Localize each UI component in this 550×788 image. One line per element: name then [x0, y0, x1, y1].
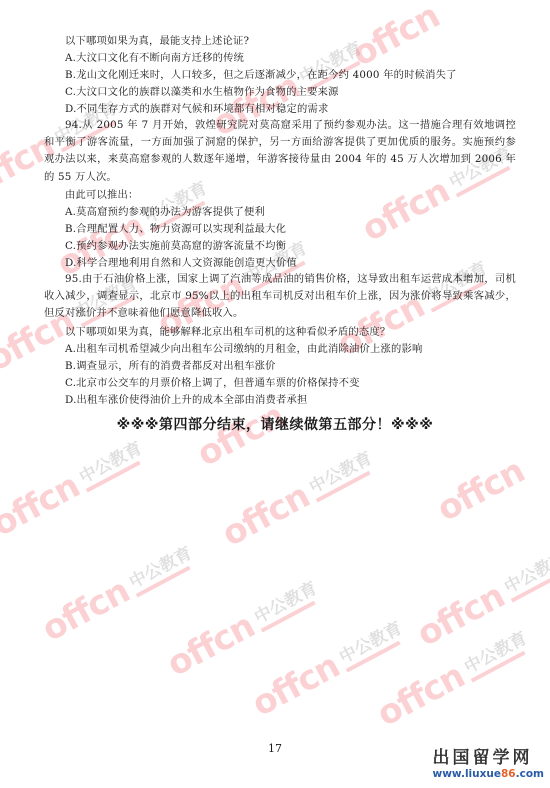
- option-a: A.大汶口文化有不断向南方迁移的传统: [65, 51, 244, 65]
- option-b: B.调查显示，所有的消费者都反对出租车涨价: [65, 359, 276, 373]
- document-page: 以下哪项如果为真，最能支持上述论证? A.大汶口文化有不断向南方迁移的传统 B.…: [0, 0, 550, 788]
- option-d: D.不同生存方式的族群对气候和环境都有相对稳定的需求: [65, 102, 329, 116]
- option-b: B.龙山文化刚迁来时，人口较多，但之后逐渐减少，在距今约 4000 年的时候消失…: [65, 68, 457, 82]
- option-d: D.出租车涨价使得油价上升的成本全部由消费者承担: [65, 393, 308, 407]
- site-logo-url: www.liuxue86.com: [433, 768, 544, 781]
- option-a: A.出租车司机希望减少向出租车公司缴纳的月租金，由此消除油价上涨的影响: [65, 342, 423, 356]
- option-c: C.大汶口文化的族群以藻类和水生植物作为食物的主要来源: [65, 85, 339, 99]
- question-prompt: 以下哪项如果为真，能够解释北京出租车司机的这种看似矛盾的态度？: [65, 325, 390, 339]
- option-c: C.预约参观办法实施前莫高窟的游客流量不均衡: [65, 239, 286, 253]
- option-d: D.科学合理地利用自然和人文资源能创造更大价值: [65, 256, 297, 270]
- question-95-stem: 95.由于石油价格上涨，国家上调了汽油等成品油的销售价格，这导致出租车运营成本增…: [44, 271, 516, 323]
- option-b: B.合理配置人力、物力资源可以实现利益最大化: [65, 222, 286, 236]
- section-end-notice: ※※※第四部分结束，请继续做第五部分！※※※: [0, 414, 550, 434]
- question-94-stem: 94.从 2005 年 7 月开始，敦煌研究院对莫高窟采用了预约参观办法。这一措…: [44, 117, 516, 186]
- option-c: C.北京市公交车的月票价格上调了，但普通车票的价格保持不变: [65, 376, 360, 390]
- question-prompt: 由此可以推出：: [65, 188, 138, 202]
- site-logo: 出国留学网 www.liuxue86.com: [433, 748, 544, 781]
- option-a: A.莫高窟预约参观的办法为游客提供了便利: [65, 205, 265, 219]
- site-logo-name: 出国留学网: [433, 748, 544, 768]
- question-prompt: 以下哪项如果为真，最能支持上述论证?: [65, 34, 249, 48]
